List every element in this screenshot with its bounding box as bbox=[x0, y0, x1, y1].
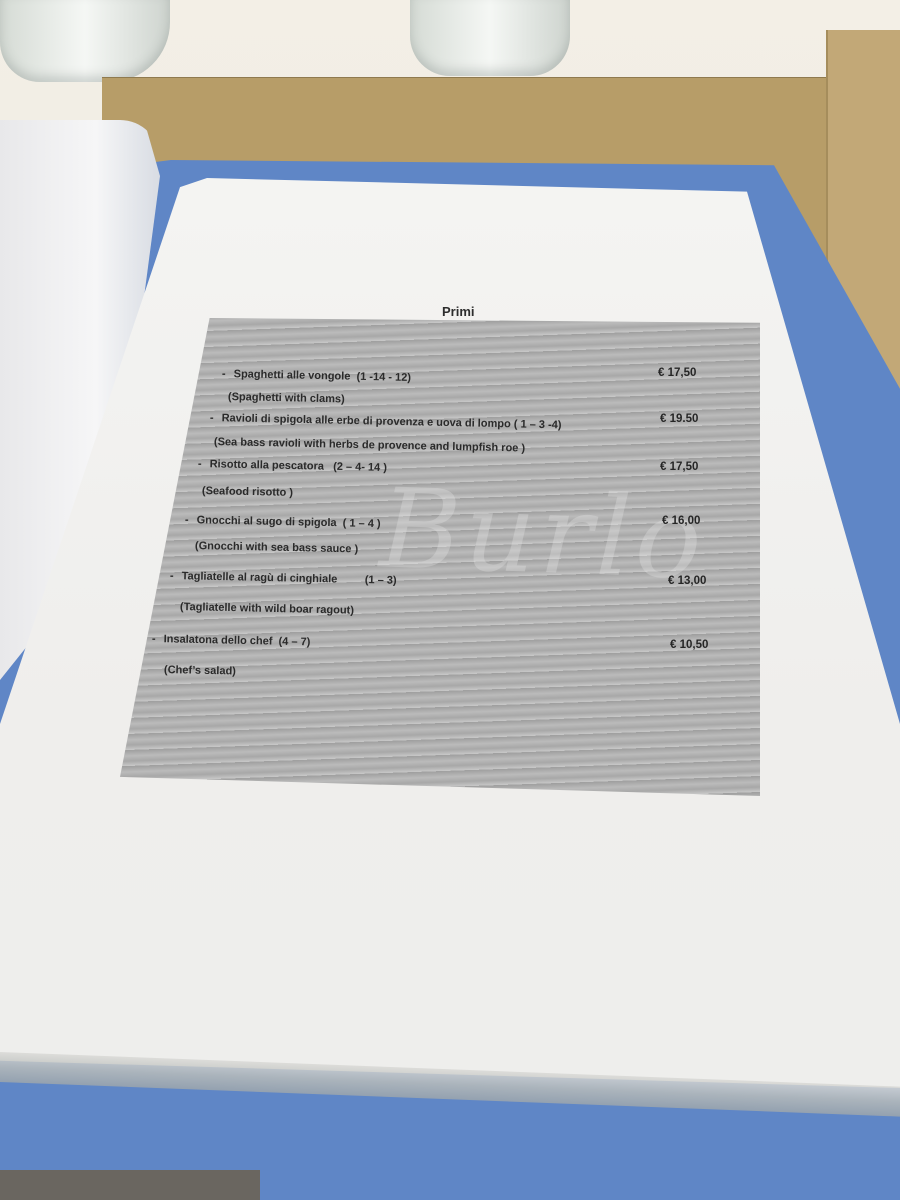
water-glass-center bbox=[410, 0, 570, 76]
table-edge bbox=[0, 1170, 260, 1200]
menu-item-price: € 10,50 bbox=[670, 639, 708, 651]
water-glass-left bbox=[0, 0, 170, 82]
menu-item-price: € 17,50 bbox=[660, 461, 698, 473]
menu-item-price: € 17,50 bbox=[658, 367, 696, 379]
section-title: Primi bbox=[442, 304, 475, 319]
menu-item-translation: (Seafood risotto ) bbox=[202, 485, 293, 499]
logo-watermark: Burlo bbox=[378, 464, 708, 603]
menu-item-translation: (Spaghetti with clams) bbox=[228, 391, 345, 405]
menu-item-price: € 16,00 bbox=[662, 515, 700, 527]
menu-item-price: € 19.50 bbox=[660, 413, 698, 425]
menu-item-price: € 13,00 bbox=[668, 575, 706, 587]
menu-item-translation: (Chef’s salad) bbox=[164, 664, 236, 678]
